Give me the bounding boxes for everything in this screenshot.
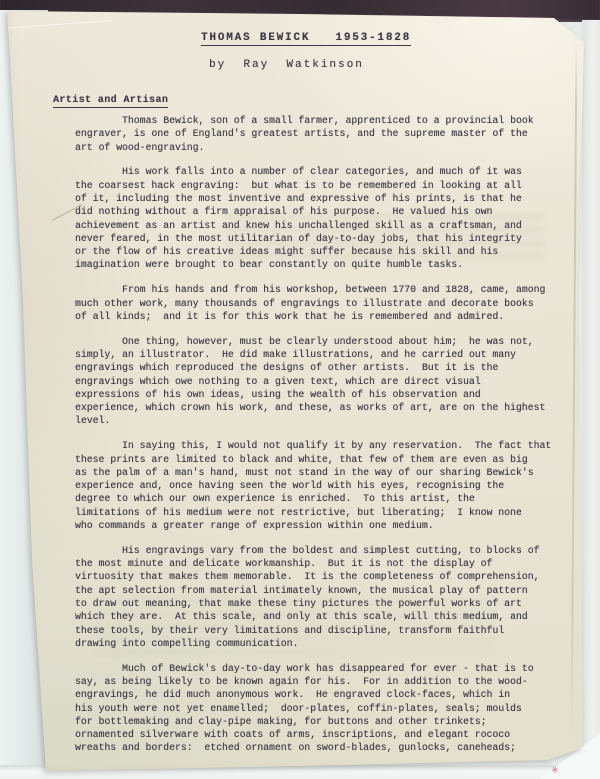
paragraph: His work falls into a number of clear ca…	[75, 165, 565, 271]
paragraph: Thomas Bewick, son of a small farmer, ap…	[75, 114, 565, 154]
paragraph: One thing, however, must be clearly unde…	[75, 335, 565, 428]
section-heading: Artist and Artisan	[53, 95, 168, 108]
paragraph: His engravings vary from the boldest and…	[75, 544, 565, 650]
page-shadow: THOMAS BEWICK 1953-1828 by Ray Watkinson…	[0, 0, 600, 779]
document-byline: by Ray Watkinson	[209, 59, 364, 71]
document-page: THOMAS BEWICK 1953-1828 by Ray Watkinson…	[0, 0, 600, 779]
paragraph: In saying this, I would not qualify it b…	[75, 439, 565, 532]
document-title: THOMAS BEWICK 1953-1828	[201, 32, 411, 46]
paragraph: From his hands and from his workshop, be…	[75, 283, 565, 323]
paragraph: Much of Bewick's day-to-day work has dis…	[75, 662, 565, 755]
page-fold-highlight	[2, 20, 112, 29]
document-body: Thomas Bewick, son of a small farmer, ap…	[75, 114, 565, 766]
pink-ink-mark: ✳	[550, 765, 559, 776]
page-crease-right	[571, 40, 578, 740]
